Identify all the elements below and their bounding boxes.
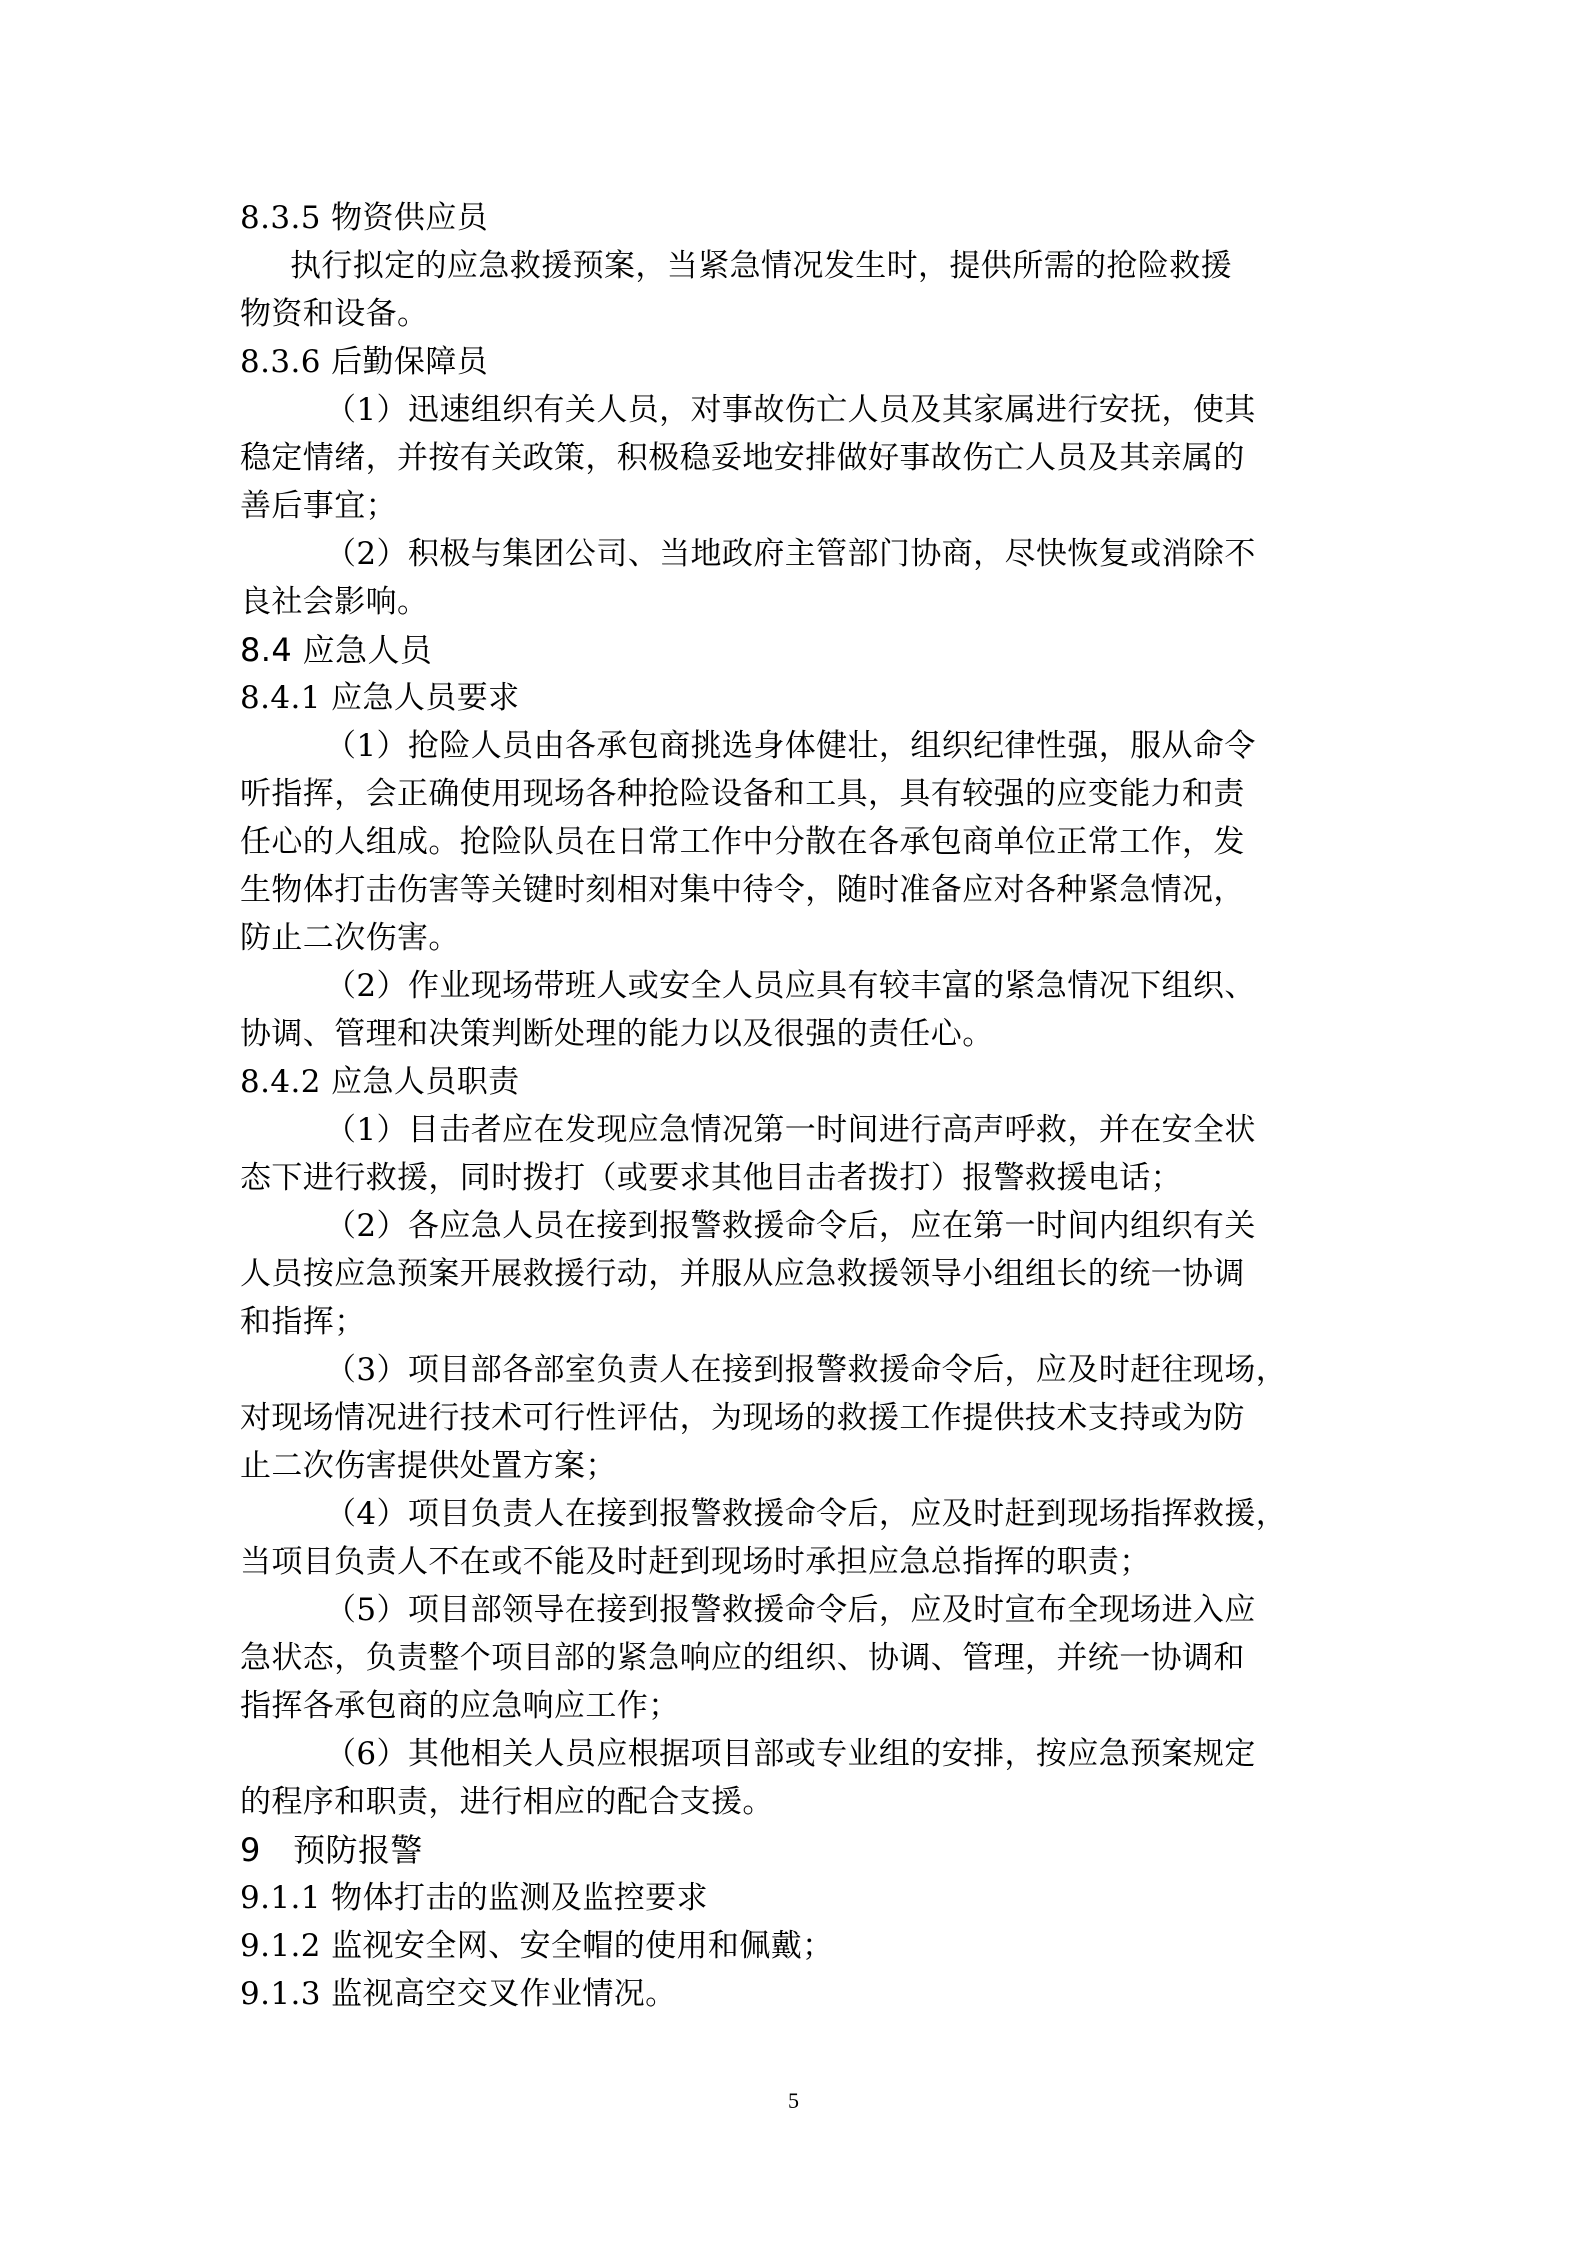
paragraph-line: 和指挥；: [240, 1302, 366, 1342]
paragraph-line: （2）作业现场带班人或安全人员应具有较丰富的紧急情况下组织、: [325, 966, 1256, 1006]
paragraph-line: （3）项目部各部室负责人在接到报警救援命令后，应及时赶往现场，: [325, 1350, 1287, 1390]
paragraph-line: （4）项目负责人在接到报警救援命令后，应及时赶到现场指挥救援，: [325, 1494, 1287, 1534]
section-heading: 8.4 应急人员: [240, 630, 432, 670]
paragraph-line: 人员按应急预案开展救援行动，并服从应急救援领导小组组长的统一协调: [240, 1254, 1245, 1294]
paragraph-line: 良社会影响。: [240, 582, 428, 622]
paragraph-line: 善后事宜；: [240, 486, 397, 526]
section-heading: 8.4.1 应急人员要求: [240, 678, 520, 718]
paragraph-line: （2）积极与集团公司、当地政府主管部门协商，尽快恢复或消除不: [325, 534, 1256, 574]
paragraph-line: 指挥各承包商的应急响应工作；: [240, 1686, 680, 1726]
paragraph-line: 急状态，负责整个项目部的紧急响应的组织、协调、管理，并统一协调和: [240, 1638, 1245, 1678]
paragraph-line: 态下进行救援，同时拨打（或要求其他目击者拨打）报警救援电话；: [240, 1158, 1182, 1198]
page-number: 5: [0, 2088, 1587, 2114]
paragraph-line: 当项目负责人不在或不能及时赶到现场时承担应急总指挥的职责；: [240, 1542, 1151, 1582]
paragraph-line: （2）各应急人员在接到报警救援命令后，应在第一时间内组织有关: [325, 1206, 1256, 1246]
paragraph-line: （1）抢险人员由各承包商挑选身体健壮，组织纪律性强，服从命令: [325, 726, 1256, 766]
paragraph-line: 止二次伤害提供处置方案；: [240, 1446, 617, 1486]
paragraph-line: 的程序和职责，进行相应的配合支援。: [240, 1782, 774, 1822]
paragraph-line: 防止二次伤害。: [240, 918, 460, 958]
paragraph-line: （1）目击者应在发现应急情况第一时间进行高声呼救，并在安全状: [325, 1110, 1256, 1150]
section-heading: 8.4.2 应急人员职责: [240, 1062, 520, 1102]
paragraph-line: 生物体打击伤害等关键时刻相对集中待令，随时准备应对各种紧急情况，: [240, 870, 1245, 910]
paragraph-line: 听指挥，会正确使用现场各种抢险设备和工具，具有较强的应变能力和责: [240, 774, 1245, 814]
section-heading: 8.3.6 后勤保障员: [240, 342, 488, 382]
paragraph-line: 执行拟定的应急救援预案，当紧急情况发生时，提供所需的抢险救援: [290, 246, 1232, 286]
paragraph-line: 稳定情绪，并按有关政策，积极稳妥地安排做好事故伤亡人员及其亲属的: [240, 438, 1245, 478]
paragraph-line: （5）项目部领导在接到报警救援命令后，应及时宣布全现场进入应: [325, 1590, 1256, 1630]
section-heading: 9 预防报警: [240, 1830, 423, 1870]
paragraph-line: 物资和设备。: [240, 294, 428, 334]
paragraph-line: 对现场情况进行技术可行性评估，为现场的救援工作提供技术支持或为防: [240, 1398, 1245, 1438]
paragraph-line: 任心的人组成。抢险队员在日常工作中分散在各承包商单位正常工作，发: [240, 822, 1245, 862]
paragraph-line: （6）其他相关人员应根据项目部或专业组的安排，按应急预案规定: [325, 1734, 1256, 1774]
section-heading: 8.3.5 物资供应员: [240, 198, 488, 238]
paragraph-line: （1）迅速组织有关人员，对事故伤亡人员及其家属进行安抚，使其: [325, 390, 1256, 430]
section-heading: 9.1.2 监视安全网、安全帽的使用和佩戴；: [240, 1926, 834, 1966]
paragraph-line: 协调、管理和决策判断处理的能力以及很强的责任心。: [240, 1014, 994, 1054]
section-heading: 9.1.3 监视高空交叉作业情况。: [240, 1974, 677, 2014]
section-heading: 9.1.1 物体打击的监测及监控要求: [240, 1878, 708, 1918]
document-page: 8.3.5 物资供应员执行拟定的应急救援预案，当紧急情况发生时，提供所需的抢险救…: [0, 0, 1587, 2245]
